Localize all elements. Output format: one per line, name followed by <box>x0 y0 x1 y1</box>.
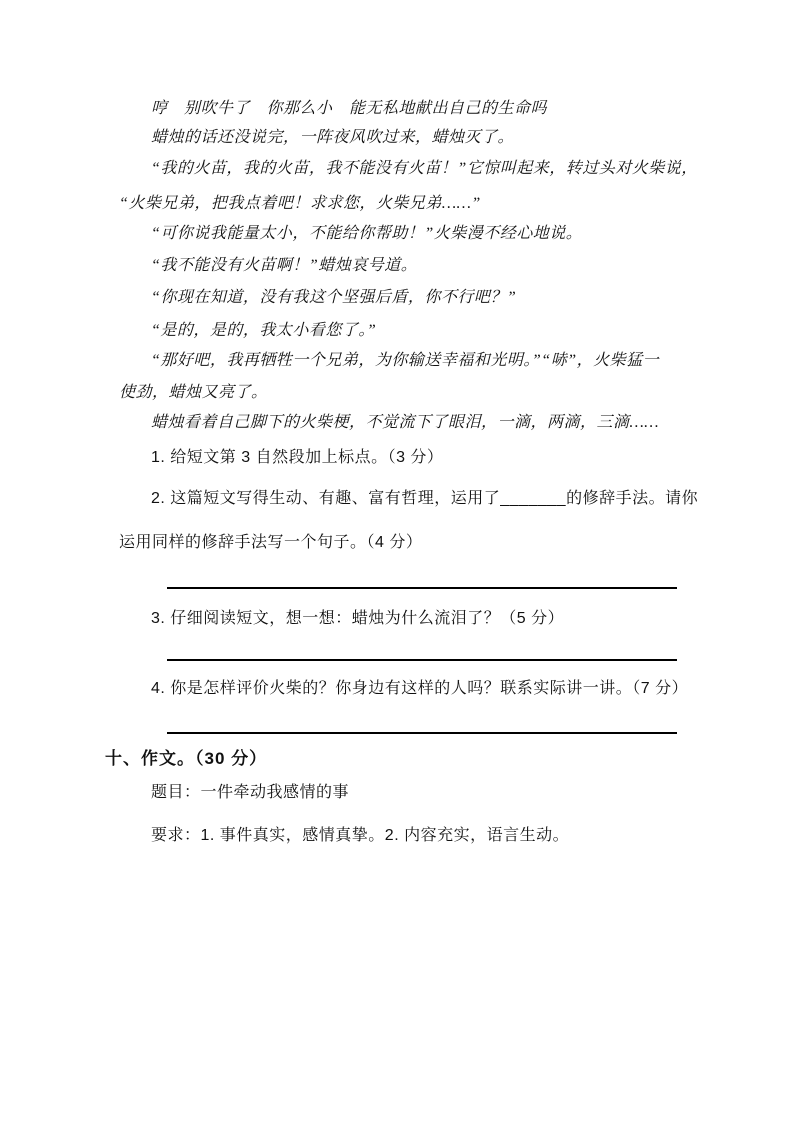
question-4: 4. 你是怎样评价火柴的？你身边有这样的人吗？联系实际讲一讲。（7 分） <box>151 680 688 698</box>
answer-blank-line-1 <box>167 587 677 589</box>
passage-line-11: 蜡烛看着自己脚下的火柴梗，不觉流下了眼泪，一滴，两滴，三滴…… <box>151 414 659 432</box>
passage-line-7: “你现在知道，没有我这个坚强后盾，你不行吧？” <box>151 289 516 307</box>
composition-requirements: 要求：1. 事件真实，感情真挚。2. 内容充实，语言生动。 <box>151 827 569 845</box>
question-1: 1. 给短文第 3 自然段加上标点。（3 分） <box>151 449 443 467</box>
composition-title: 题目：一件牵动我感情的事 <box>151 784 349 802</box>
question-2-line-2: 运用同样的修辞手法写一个句子。（4 分） <box>119 534 422 552</box>
passage-line-4: “火柴兄弟，把我点着吧！求求您，火柴兄弟……” <box>119 195 481 213</box>
answer-blank-line-3 <box>167 732 677 734</box>
passage-line-2: 蜡烛的话还没说完，一阵夜风吹过来，蜡烛灭了。 <box>151 129 514 147</box>
question-2-line-1: 2. 这篇短文写得生动、有趣、富有哲理，运用了_______的修辞手法。请你 <box>151 490 698 508</box>
passage-line-9: “那好吧，我再牺牲一个兄弟，为你输送幸福和光明。”“哧”，火柴猛一 <box>151 352 659 370</box>
passage-line-8: “是的，是的，我太小看您了。” <box>151 322 376 340</box>
passage-line-1: 哼 别吹牛了 你那么小 能无私地献出自己的生命吗 <box>151 100 547 118</box>
passage-line-6: “我不能没有火苗啊！”蜡烛哀号道。 <box>151 257 417 275</box>
question-3: 3. 仔细阅读短文，想一想：蜡烛为什么流泪了？（5 分） <box>151 610 564 628</box>
exam-page: 哼 别吹牛了 你那么小 能无私地献出自己的生命吗 蜡烛的话还没说完，一阵夜风吹过… <box>0 0 793 1122</box>
passage-line-10: 使劲，蜡烛又亮了。 <box>119 384 268 402</box>
answer-blank-line-2 <box>167 659 677 661</box>
passage-line-5: “可你说我能量太小，不能给你帮助！”火柴漫不经心地说。 <box>151 225 582 243</box>
passage-line-3: “我的火苗，我的火苗，我不能没有火苗！”它惊叫起来，转过头对火柴说， <box>151 160 698 178</box>
composition-heading: 十、作文。（30 分） <box>105 749 267 769</box>
